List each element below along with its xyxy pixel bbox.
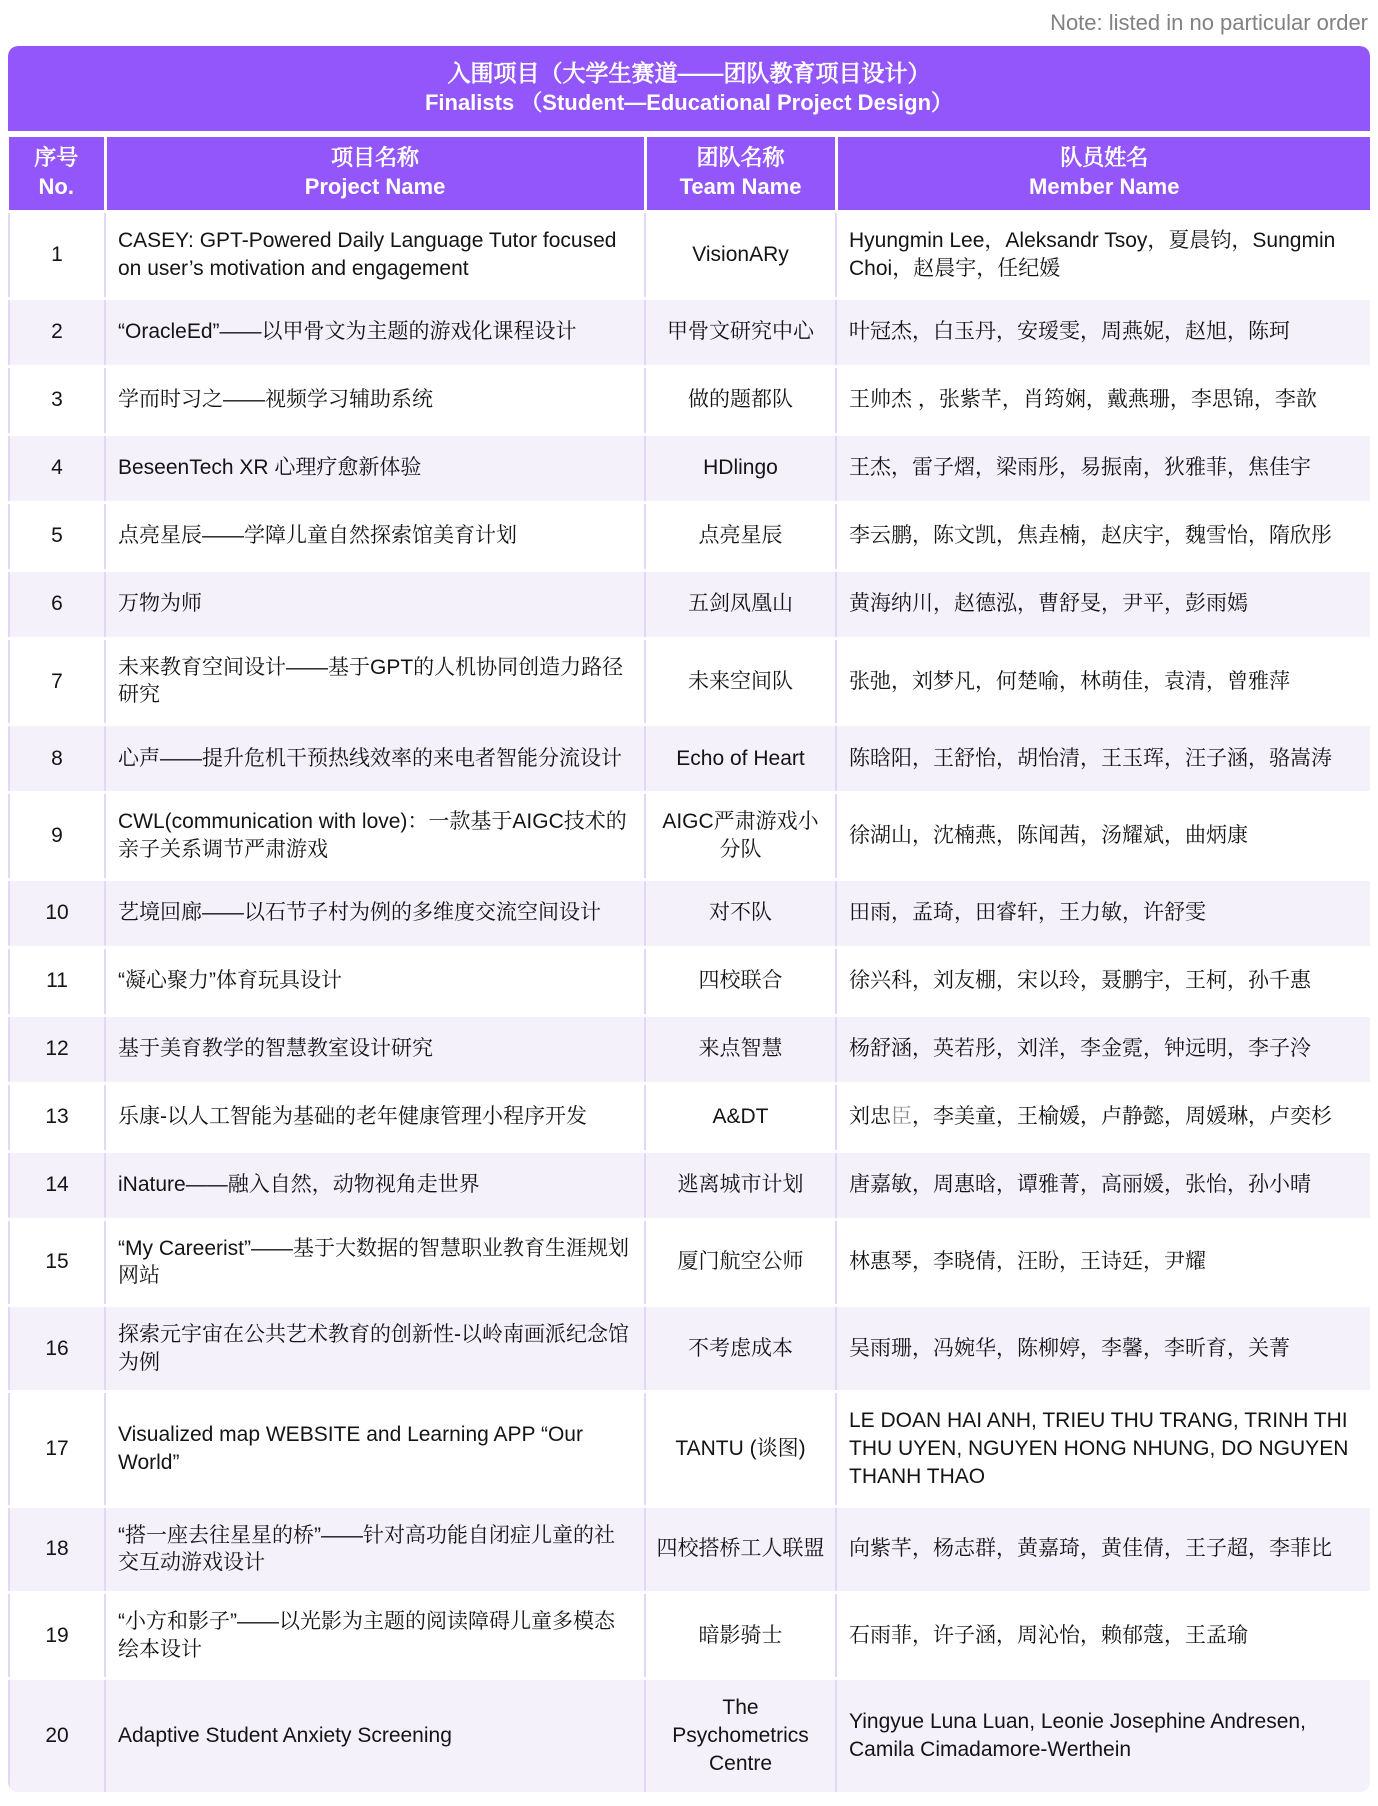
page: Note: listed in no particular order 入围项目… (0, 0, 1378, 1806)
row-number: 14 (9, 1151, 105, 1219)
member-names: Yingyue Luna Luan, Leonie Josephine Andr… (836, 1679, 1370, 1792)
row-number: 9 (9, 793, 105, 879)
team-name: 来点智慧 (645, 1015, 836, 1083)
team-name: 甲骨文研究中心 (645, 298, 836, 366)
team-name: 厦门航空公师 (645, 1219, 836, 1305)
team-name: The Psychometrics Centre (645, 1679, 836, 1792)
member-names: 徐湖山，沈楠燕，陈闻茜，汤耀斌，曲炳康 (836, 793, 1370, 879)
project-name: Visualized map WEBSITE and Learning APP … (105, 1392, 645, 1506)
column-header-no: 序号 No. (9, 136, 105, 212)
member-names: 张弛，刘梦凡，何楚喻，林萌佳，袁清，曾雅萍 (836, 638, 1370, 724)
column-header-project-en: Project Name (113, 173, 638, 202)
finalists-data-table: 序号 No. 项目名称 Project Name 团队名称 Team Name … (8, 134, 1370, 1792)
member-names: 吴雨珊，冯婉华，陈柳婷，李馨，李昕育，关菁 (836, 1305, 1370, 1391)
project-name: CWL(communication with love)：一款基于AIGC技术的… (105, 793, 645, 879)
member-names: 黄海纳川，赵德泓，曹舒旻，尹平，彭雨嫣 (836, 570, 1370, 638)
member-names: 徐兴科，刘友棚，宋以玲，聂鹏宇，王柯，孙千惠 (836, 947, 1370, 1015)
row-number: 3 (9, 366, 105, 434)
member-names: 石雨菲，许子涵，周沁怡，赖郁蔻，王孟瑜 (836, 1593, 1370, 1679)
team-name: 未来空间队 (645, 638, 836, 724)
project-name: 乐康-以人工智能为基础的老年健康管理小程序开发 (105, 1083, 645, 1151)
project-name: 万物为师 (105, 570, 645, 638)
team-name: 做的题都队 (645, 366, 836, 434)
team-name: 不考虑成本 (645, 1305, 836, 1391)
table-row: 20Adaptive Student Anxiety ScreeningThe … (9, 1679, 1370, 1792)
team-name: TANTU (谈图) (645, 1392, 836, 1506)
member-names: LE DOAN HAI ANH, TRIEU THU TRANG, TRINH … (836, 1392, 1370, 1506)
row-number: 5 (9, 502, 105, 570)
team-name: VisionARy (645, 212, 836, 298)
table-row: 9CWL(communication with love)：一款基于AIGC技术… (9, 793, 1370, 879)
team-name: HDlingo (645, 434, 836, 502)
row-number: 19 (9, 1593, 105, 1679)
member-names: 李云鹏，陈文凯，焦垚楠，赵庆宇，魏雪怡，隋欣彤 (836, 502, 1370, 570)
table-row: 12基于美育教学的智慧教室设计研究来点智慧杨舒涵，英若彤，刘洋，李金霓，钟远明，… (9, 1015, 1370, 1083)
project-name: 点亮星辰——学障儿童自然探索馆美育计划 (105, 502, 645, 570)
member-names: 向紫芊，杨志群，黄嘉琦，黄佳倩，王子超，李菲比 (836, 1506, 1370, 1592)
team-name: AIGC严肃游戏小分队 (645, 793, 836, 879)
team-name: A&DT (645, 1083, 836, 1151)
team-name: 逃离城市计划 (645, 1151, 836, 1219)
team-name: 对不队 (645, 879, 836, 947)
row-number: 7 (9, 638, 105, 724)
row-number: 20 (9, 1679, 105, 1792)
table-row: 18“搭一座去往星星的桥”——针对高功能自闭症儿童的社交互动游戏设计四校搭桥工人… (9, 1506, 1370, 1592)
member-name-text: 刘忠 (849, 1105, 891, 1128)
table-row: 2“OracleEd”——以甲骨文为主题的游戏化课程设计甲骨文研究中心叶冠杰，白… (9, 298, 1370, 366)
team-name: 四校搭桥工人联盟 (645, 1506, 836, 1592)
column-header-project: 项目名称 Project Name (105, 136, 645, 212)
column-header-no-zh: 序号 (15, 144, 98, 173)
table-row: 15“My Careerist”——基于大数据的智慧职业教育生涯规划网站厦门航空… (9, 1219, 1370, 1305)
table-title-banner: 入围项目（大学生赛道——团队教育项目设计） Finalists （Student… (8, 46, 1370, 131)
table-row: 8心声——提升危机干预热线效率的来电者智能分流设计Echo of Heart陈晗… (9, 725, 1370, 793)
row-number: 17 (9, 1392, 105, 1506)
row-number: 16 (9, 1305, 105, 1391)
member-names: 林惠琴，李晓倩，汪盼，王诗廷，尹耀 (836, 1219, 1370, 1305)
table-row: 5点亮星辰——学障儿童自然探索馆美育计划点亮星辰李云鹏，陈文凯，焦垚楠，赵庆宇，… (9, 502, 1370, 570)
table-header-row: 序号 No. 项目名称 Project Name 团队名称 Team Name … (9, 136, 1370, 212)
table-row: 19“小方和影子”——以光影为主题的阅读障碍儿童多模态绘本设计暗影骑士石雨菲，许… (9, 1593, 1370, 1679)
member-names: 叶冠杰，白玉丹，安瑷雯，周燕妮，赵旭，陈珂 (836, 298, 1370, 366)
project-name: 基于美育教学的智慧教室设计研究 (105, 1015, 645, 1083)
project-name: 未来教育空间设计——基于GPT的人机协同创造力路径研究 (105, 638, 645, 724)
column-header-member-zh: 队员姓名 (844, 144, 1366, 173)
column-header-team-en: Team Name (653, 173, 829, 202)
member-names: 田雨，孟琦，田睿轩，王力敏，许舒雯 (836, 879, 1370, 947)
member-names: 杨舒涵，英若彤，刘洋，李金霓，钟远明，李子泠 (836, 1015, 1370, 1083)
table-row: 17Visualized map WEBSITE and Learning AP… (9, 1392, 1370, 1506)
row-number: 2 (9, 298, 105, 366)
table-title-chinese: 入围项目（大学生赛道——团队教育项目设计） (18, 58, 1360, 89)
project-name: “搭一座去往星星的桥”——针对高功能自闭症儿童的社交互动游戏设计 (105, 1506, 645, 1592)
project-name: “小方和影子”——以光影为主题的阅读障碍儿童多模态绘本设计 (105, 1593, 645, 1679)
table-row: 13乐康-以人工智能为基础的老年健康管理小程序开发A&DT刘忠臣，李美童，王榆媛… (9, 1083, 1370, 1151)
table-row: 7未来教育空间设计——基于GPT的人机协同创造力路径研究未来空间队张弛，刘梦凡，… (9, 638, 1370, 724)
team-name: 暗影骑士 (645, 1593, 836, 1679)
row-number: 18 (9, 1506, 105, 1592)
team-name: Echo of Heart (645, 725, 836, 793)
row-number: 8 (9, 725, 105, 793)
row-number: 13 (9, 1083, 105, 1151)
team-name: 点亮星辰 (645, 502, 836, 570)
member-name-gray-char: 臣 (891, 1105, 912, 1128)
project-name: 探索元宇宙在公共艺术教育的创新性-以岭南画派纪念馆为例 (105, 1305, 645, 1391)
member-names: 王杰，雷子熠，梁雨彤，易振南，狄雅菲，焦佳宇 (836, 434, 1370, 502)
row-number: 12 (9, 1015, 105, 1083)
finalists-table: 入围项目（大学生赛道——团队教育项目设计） Finalists （Student… (8, 46, 1370, 1791)
column-header-team-zh: 团队名称 (653, 144, 829, 173)
project-name: CASEY: GPT-Powered Daily Language Tutor … (105, 212, 645, 298)
order-note: Note: listed in no particular order (8, 8, 1370, 46)
column-header-member-en: Member Name (844, 173, 1366, 202)
project-name: iNature——融入自然，动物视角走世界 (105, 1151, 645, 1219)
project-name: Adaptive Student Anxiety Screening (105, 1679, 645, 1792)
row-number: 15 (9, 1219, 105, 1305)
row-number: 1 (9, 212, 105, 298)
project-name: BeseenTech XR 心理疗愈新体验 (105, 434, 645, 502)
table-row: 10艺境回廊——以石节子村为例的多维度交流空间设计对不队田雨，孟琦，田睿轩，王力… (9, 879, 1370, 947)
team-name: 五剑凤凰山 (645, 570, 836, 638)
column-header-project-zh: 项目名称 (113, 144, 638, 173)
member-names: Hyungmin Lee，Aleksandr Tsoy，夏晨钧，Sungmin … (836, 212, 1370, 298)
table-row: 3学而时习之——视频学习辅助系统做的题都队王帅杰 ，张紫芊，肖筠娴，戴燕珊，李思… (9, 366, 1370, 434)
table-row: 6万物为师五剑凤凰山黄海纳川，赵德泓，曹舒旻，尹平，彭雨嫣 (9, 570, 1370, 638)
row-number: 11 (9, 947, 105, 1015)
table-row: 4BeseenTech XR 心理疗愈新体验HDlingo王杰，雷子熠，梁雨彤，… (9, 434, 1370, 502)
table-title-english: Finalists （Student—Educational Project D… (18, 89, 1360, 118)
column-header-team: 团队名称 Team Name (645, 136, 836, 212)
project-name: 心声——提升危机干预热线效率的来电者智能分流设计 (105, 725, 645, 793)
row-number: 10 (9, 879, 105, 947)
table-row: 16探索元宇宙在公共艺术教育的创新性-以岭南画派纪念馆为例不考虑成本吴雨珊，冯婉… (9, 1305, 1370, 1391)
column-header-no-en: No. (15, 173, 98, 202)
project-name: “OracleEd”——以甲骨文为主题的游戏化课程设计 (105, 298, 645, 366)
row-number: 6 (9, 570, 105, 638)
column-header-member: 队员姓名 Member Name (836, 136, 1370, 212)
project-name: 艺境回廊——以石节子村为例的多维度交流空间设计 (105, 879, 645, 947)
member-name-text: ，李美童，王榆媛，卢静懿，周媛琳，卢奕杉 (912, 1105, 1332, 1128)
row-number: 4 (9, 434, 105, 502)
table-row: 1CASEY: GPT-Powered Daily Language Tutor… (9, 212, 1370, 298)
table-row: 11“凝心聚力”体育玩具设计四校联合徐兴科，刘友棚，宋以玲，聂鹏宇，王柯，孙千惠 (9, 947, 1370, 1015)
team-name: 四校联合 (645, 947, 836, 1015)
project-name: “凝心聚力”体育玩具设计 (105, 947, 645, 1015)
member-names: 唐嘉敏，周惠晗，谭雅菁，高丽媛，张怡，孙小晴 (836, 1151, 1370, 1219)
table-row: 14iNature——融入自然，动物视角走世界逃离城市计划唐嘉敏，周惠晗，谭雅菁… (9, 1151, 1370, 1219)
finalists-table-body: 1CASEY: GPT-Powered Daily Language Tutor… (9, 212, 1370, 1792)
project-name: 学而时习之——视频学习辅助系统 (105, 366, 645, 434)
project-name: “My Careerist”——基于大数据的智慧职业教育生涯规划网站 (105, 1219, 645, 1305)
member-names: 王帅杰 ，张紫芊，肖筠娴，戴燕珊，李思锦，李歆 (836, 366, 1370, 434)
member-names: 陈晗阳，王舒怡，胡怡清，王玉珲，汪子涵，骆嵩涛 (836, 725, 1370, 793)
member-names: 刘忠臣，李美童，王榆媛，卢静懿，周媛琳，卢奕杉 (836, 1083, 1370, 1151)
